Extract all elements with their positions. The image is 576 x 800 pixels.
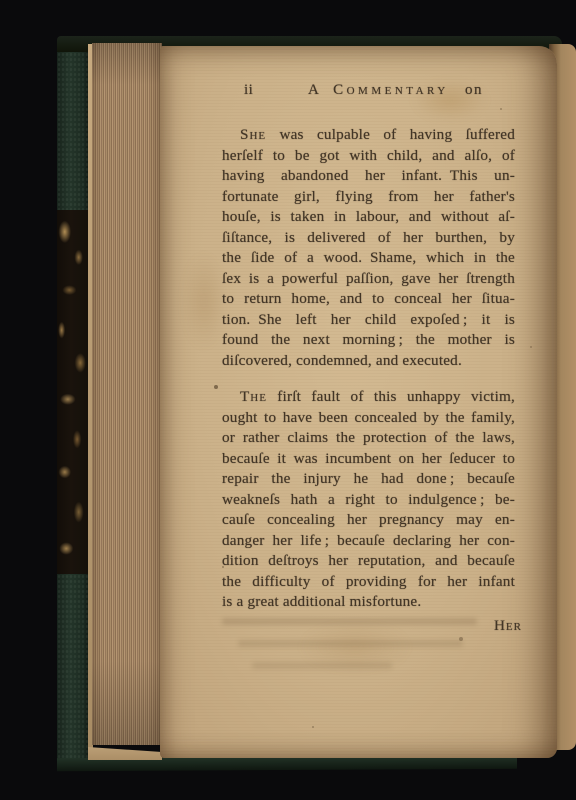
- book-page: ii A Commentary on She was culpable of h…: [160, 46, 557, 758]
- first-line-rest: firſt fault of this unhappy victim,: [267, 388, 515, 405]
- text-line: danger her life ; becauſe declaring her …: [222, 531, 515, 552]
- text-line: the difficulty of providing for her infa…: [222, 572, 515, 593]
- paragraph: She was culpable of having ſuffered herſ…: [222, 125, 515, 371]
- text-line: fortunate girl, flying from her father's: [222, 187, 515, 208]
- page-number: ii: [244, 82, 253, 99]
- text-line: The firſt fault of this unhappy victim,: [222, 387, 515, 408]
- text-line: cauſe concealing her pregnancy may en-: [222, 510, 515, 531]
- text-line: or rather claims the protection of the l…: [222, 428, 515, 449]
- running-title: A Commentary on: [308, 82, 483, 99]
- ink-bleedthrough: [238, 640, 463, 647]
- ink-bleedthrough: [252, 662, 392, 669]
- text-line: She was culpable of having ſuffered: [222, 125, 515, 146]
- lead-word: The: [240, 388, 267, 405]
- text-line: herſelf to be got with child, and alſo, …: [222, 146, 515, 167]
- page-edge-stack: [92, 43, 162, 745]
- text-line: having abandoned her infant. This un-: [222, 166, 515, 187]
- text-line: to return home, and to conceal her ſitua…: [222, 289, 515, 310]
- text-line: is a great additional misfortune.: [222, 592, 515, 613]
- running-title-main: Commentary: [333, 82, 449, 98]
- paper-specks: [160, 46, 162, 48]
- running-title-trailing: on: [465, 82, 483, 98]
- running-header: ii A Commentary on: [160, 82, 557, 104]
- spine-marbled-board: [57, 210, 88, 574]
- first-line-rest: was culpable of having ſuffered: [266, 126, 515, 143]
- book-spine: [57, 37, 88, 770]
- text-line: ought to have been concealed by the fami…: [222, 408, 515, 429]
- spine-leather-top: [57, 37, 88, 210]
- text-line: repair the injury he had done ; becauſe: [222, 469, 515, 490]
- lead-word: She: [240, 126, 266, 143]
- text-line: diſcovered, condemned, and executed.: [222, 351, 515, 372]
- running-title-article: A: [308, 82, 320, 98]
- text-line: dition deſtroys her reputation, and beca…: [222, 551, 515, 572]
- catchword: Her: [222, 616, 522, 637]
- spine-leather-bottom: [57, 574, 88, 770]
- scanned-book-photo: ii A Commentary on She was culpable of h…: [0, 0, 576, 800]
- paragraph: The firſt fault of this unhappy victim, …: [222, 387, 515, 613]
- text-line: the ſide of a wood. Shame, which in the: [222, 248, 515, 269]
- text-line: ſiſtance, is delivered of her burthen, b…: [222, 228, 515, 249]
- text-line: ſex is a powerful paſſion, gave her ſtre…: [222, 269, 515, 290]
- text-line: houſe, is taken in labour, and without a…: [222, 207, 515, 228]
- text-line: tion. She left her child expoſed ; it is: [222, 310, 515, 331]
- text-line: found the next morning ; the mother is: [222, 330, 515, 351]
- text-line: weakneſs hath a right to indulgence ; be…: [222, 490, 515, 511]
- body-text: She was culpable of having ſuffered herſ…: [222, 125, 515, 636]
- text-line: becauſe it was incumbent on her ſeducer …: [222, 449, 515, 470]
